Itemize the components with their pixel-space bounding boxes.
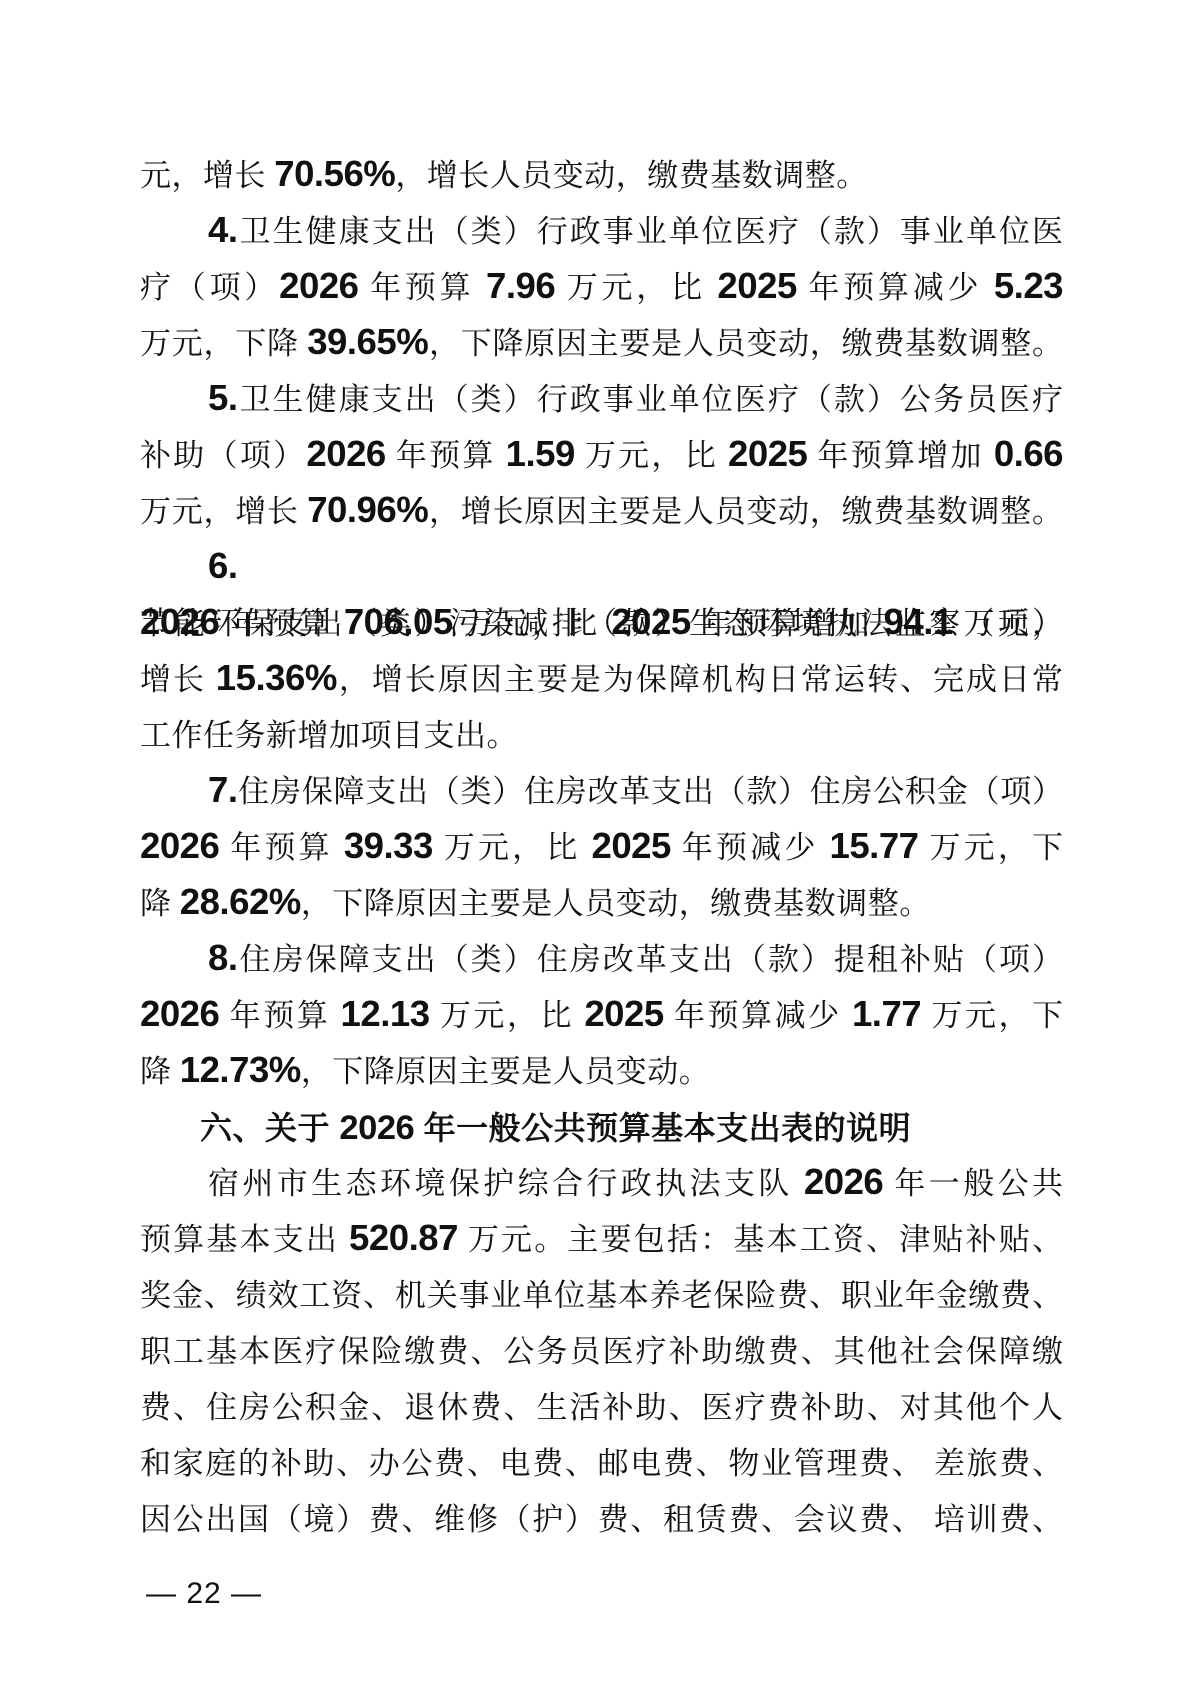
numeric-value: 4. <box>208 209 238 250</box>
numeric-value: 70.96% <box>307 489 428 530</box>
numeric-value: 2025 <box>728 433 807 474</box>
numeric-value: 520.87 <box>349 1217 458 1258</box>
body-line: 宿州市生态环境保护综合行政执法支队 2026 年一般公共 <box>140 1156 1063 1212</box>
numeric-value: 94.1 <box>884 601 953 642</box>
body-line: 降 12.73%，下降原因主要是人员变动。 <box>140 1044 1063 1100</box>
body-line: 2026 年预算 706.05 万元，比 2025 年预算增加 94.1 万元， <box>140 596 1063 652</box>
numeric-value: 2025 <box>611 601 690 642</box>
body-line: 8.住房保障支出（类）住房改革支出（款）提租补贴（项） <box>140 932 1063 988</box>
numeric-value: 706.05 <box>344 601 453 642</box>
body-line: 万元，增长 70.96%，增长原因主要是人员变动，缴费基数调整。 <box>140 484 1063 540</box>
body-line: 职工基本医疗保险缴费、公务员医疗补助缴费、其他社会保障缴 <box>140 1324 1063 1380</box>
body-line: 补助（项）2026 年预算 1.59 万元，比 2025 年预算增加 0.66 <box>140 428 1063 484</box>
numeric-value: 2025 <box>591 825 670 866</box>
numeric-value: 0.66 <box>994 433 1063 474</box>
numeric-value: 7. <box>208 769 238 810</box>
body-line: 费、住房公积金、退休费、生活补助、医疗费补助、对其他个人 <box>140 1380 1063 1436</box>
numeric-value: 2026 <box>339 1109 414 1147</box>
body-line: 6.节能环保支出（类）污染减排（款）生态环境执法监察（项） <box>140 540 1063 596</box>
numeric-value: 39.65% <box>307 321 428 362</box>
numeric-value: 2026 <box>804 1161 883 1202</box>
body-line: 疗（项）2026 年预算 7.96 万元，比 2025 年预算减少 5.23 <box>140 260 1063 316</box>
numeric-value: 8. <box>208 937 238 978</box>
numeric-value: 12.13 <box>341 993 430 1034</box>
body-line: 2026 年预算 12.13 万元，比 2025 年预算减少 1.77 万元，下 <box>140 988 1063 1044</box>
numeric-value: 2026 <box>306 433 385 474</box>
body-line: 万元，下降 39.65%，下降原因主要是人员变动，缴费基数调整。 <box>140 316 1063 372</box>
numeric-value: 2025 <box>717 265 796 306</box>
body-line: 5.卫生健康支出（类）行政事业单位医疗（款）公务员医疗 <box>140 372 1063 428</box>
numeric-value: 70.56% <box>274 153 395 194</box>
body-line: 降 28.62%，下降原因主要是人员变动，缴费基数调整。 <box>140 876 1063 932</box>
numeric-value: 6. <box>208 545 238 586</box>
document-page: 元，增长 70.56%，增长人员变动，缴费基数调整。 4.卫生健康支出（类）行政… <box>0 0 1190 1683</box>
section-heading: 六、关于 2026 年一般公共预算基本支出表的说明 <box>140 1100 1063 1156</box>
numeric-value: 2026 <box>140 601 219 642</box>
body-line: 增长 15.36%，增长原因主要是为保障机构日常运转、完成日常 <box>140 652 1063 708</box>
body-line: 和家庭的补助、办公费、电费、邮电费、物业管理费、 差旅费、 <box>140 1436 1063 1492</box>
body-line: 工作任务新增加项目支出。 <box>140 708 1063 764</box>
body-line: 因公出国（境）费、维修（护）费、租赁费、会议费、 培训费、 <box>140 1492 1063 1548</box>
body-line: 奖金、绩效工资、机关事业单位基本养老保险费、职业年金缴费、 <box>140 1268 1063 1324</box>
page-number: — 22 — <box>146 1572 262 1616</box>
numeric-value: 5. <box>208 377 238 418</box>
body-line: 7.住房保障支出（类）住房改革支出（款）住房公积金（项） <box>140 764 1063 820</box>
numeric-value: 15.36% <box>216 657 337 698</box>
body-line: 元，增长 70.56%，增长人员变动，缴费基数调整。 <box>140 148 1063 204</box>
numeric-value: 28.62% <box>180 881 301 922</box>
numeric-value: 2026 <box>140 825 219 866</box>
numeric-value: 5.23 <box>994 265 1063 306</box>
numeric-value: 2026 <box>279 265 358 306</box>
body-line: 预算基本支出 520.87 万元。主要包括：基本工资、津贴补贴、 <box>140 1212 1063 1268</box>
numeric-value: 1.59 <box>506 433 575 474</box>
numeric-value: 1.77 <box>852 993 921 1034</box>
numeric-value: 7.96 <box>486 265 555 306</box>
numeric-value: 2025 <box>584 993 663 1034</box>
numeric-value: 39.33 <box>344 825 433 866</box>
numeric-value: 12.73% <box>180 1049 301 1090</box>
body-line: 2026 年预算 39.33 万元，比 2025 年预减少 15.77 万元，下 <box>140 820 1063 876</box>
numeric-value: 2026 <box>140 993 219 1034</box>
body-line: 4.卫生健康支出（类）行政事业单位医疗（款）事业单位医 <box>140 204 1063 260</box>
body-text-block: 元，增长 70.56%，增长人员变动，缴费基数调整。 4.卫生健康支出（类）行政… <box>140 148 1063 1548</box>
numeric-value: 15.77 <box>829 825 918 866</box>
